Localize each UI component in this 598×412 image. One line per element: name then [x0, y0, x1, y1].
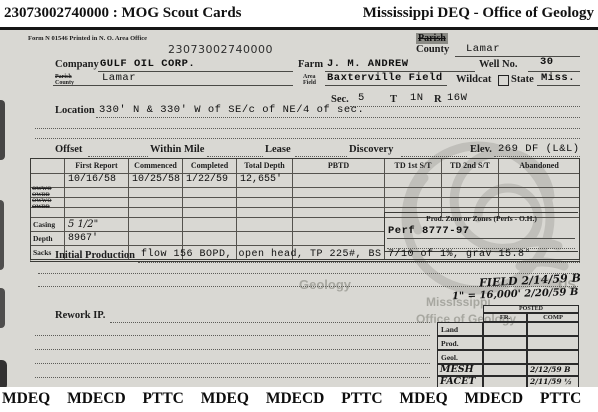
commenced-value: 10/25/58 — [129, 174, 183, 188]
scout-card-viewer: 23073002740000 : MOG Scout Cards Mississ… — [0, 0, 598, 412]
parish-label-struck: Parish — [416, 33, 448, 44]
rework-ip-label: Rework IP. — [55, 310, 105, 321]
col-total-depth: Total Depth — [237, 159, 293, 174]
county-label: County — [416, 44, 449, 55]
api-number-stamp: 23073002740000 — [168, 43, 273, 56]
col-abandoned: Abandoned — [499, 159, 579, 174]
well-no-value: 30 — [540, 56, 554, 68]
farm-label: Farm — [298, 59, 323, 70]
posted-row-facet: FACET — [440, 376, 475, 387]
scout-card-scan: Geology US Mississippi Office of Geology… — [0, 27, 598, 390]
farm-value: J. M. ANDREW — [327, 58, 409, 70]
col-first-report: First Report — [65, 159, 129, 174]
posted-col-comp: COMP — [527, 314, 579, 321]
depth-label: Depth — [31, 232, 65, 246]
wildcat-checkbox — [498, 75, 509, 86]
posted-title: POSTED — [483, 306, 579, 312]
casing-value: 5 1/2" — [65, 218, 129, 232]
posted-row-geol: Geol. — [441, 353, 458, 362]
elevation-value: 269 DF (L&L) — [498, 143, 580, 155]
col-pbtd: PBTD — [293, 159, 385, 174]
discovery-label: Discovery — [349, 144, 393, 155]
depth-value: 8967' — [65, 232, 129, 246]
field-small-label: Field — [303, 80, 316, 86]
range-value: 16W — [447, 92, 467, 104]
owdd-label-2: OWDD — [32, 204, 50, 210]
col-commenced: Commenced — [129, 159, 183, 174]
viewer-header-bar: 23073002740000 : MOG Scout Cards Mississ… — [0, 0, 598, 27]
watermark-word-geology: Geology — [299, 277, 351, 292]
viewer-agency-title: Mississippi DEQ - Office of Geology — [363, 5, 594, 22]
perf-value: Perf 8777-97 — [388, 225, 470, 237]
posted-table: POSTED FR. COMP Land Prod. Geol. MESH — [437, 305, 579, 387]
sec-value: 5 — [358, 92, 365, 104]
col-completed: Completed — [183, 159, 237, 174]
lease-label: Lease — [265, 144, 291, 155]
state-label: State — [511, 74, 534, 85]
prod-zone-title: Prod. Zone or Zones (Perfs - O.H.) — [385, 214, 578, 223]
offset-label: Offset — [55, 144, 82, 155]
township-label: T — [390, 94, 397, 105]
posted-row-land: Land — [441, 325, 458, 334]
first-report-value: 10/16/58 — [65, 174, 129, 188]
county-small-value: Lamar — [102, 72, 136, 84]
col-td-2nd-st: TD 2nd S/T — [442, 159, 499, 174]
location-label: Location — [55, 105, 95, 116]
location-value: 330' N & 330' W of SE/c of NE/4 of sec. — [99, 104, 364, 116]
posted-row-mesh: MESH — [440, 364, 474, 375]
prod-zone-box: Prod. Zone or Zones (Perfs - O.H.) Perf … — [384, 212, 578, 252]
field-value: Baxterville Field — [327, 72, 443, 84]
viewer-footer-bar: MDEQ MDECD PTTC MDEQ MDECD PTTC MDEQ MDE… — [0, 387, 598, 412]
posted-col-fr: FR. — [483, 314, 527, 321]
posted-mesh-comp-date: 2/12/59 B — [530, 365, 571, 374]
total-depth-value: 12,655' — [237, 174, 293, 188]
viewer-title: 23073002740000 : MOG Scout Cards — [4, 5, 242, 22]
initial-production-value: flow 156 BOPD, open head, TP 225#, BS 7/… — [141, 249, 531, 260]
casing-label: Casing — [31, 218, 65, 232]
range-label: R — [434, 94, 442, 105]
company-label: Company — [55, 59, 99, 70]
footer-org-tags: MDEQ MDECD PTTC MDEQ MDECD PTTC MDEQ MDE… — [2, 390, 598, 408]
completed-value: 1/22/59 — [183, 174, 237, 188]
initial-production-label: Initial Production — [55, 250, 135, 261]
within-mile-label: Within Mile — [150, 144, 204, 155]
county-value: Lamar — [466, 43, 500, 55]
company-value: GULF OIL CORP. — [100, 58, 195, 70]
col-td-1st-st: TD 1st S/T — [385, 159, 442, 174]
posted-row-prod: Prod. — [441, 339, 459, 348]
elevation-label: Elev. — [470, 144, 492, 155]
well-no-label: Well No. — [479, 59, 518, 70]
state-value: Miss. — [541, 72, 575, 84]
wildcat-label: Wildcat — [456, 74, 491, 85]
township-value: 1N — [410, 92, 424, 104]
posted-facet-comp-date: 2/11/59 ½ — [530, 377, 572, 386]
form-number-note: Form N 01546 Printed in N. O. Area Offic… — [28, 36, 147, 42]
